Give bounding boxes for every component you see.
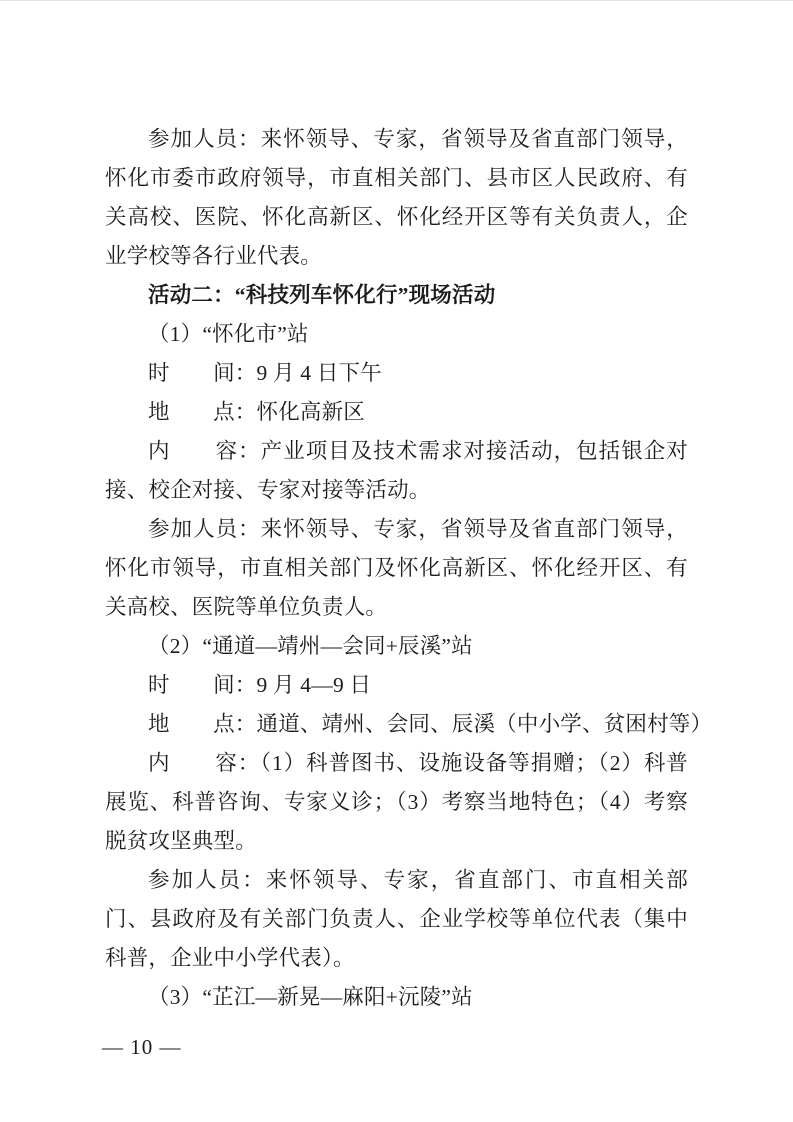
station-2-content: 内 容：（1）科普图书、设施设备等捐赠；（2）科普展览、科普咨询、专家义诊；（3…	[105, 744, 688, 861]
document-page: 参加人员：来怀领导、专家，省领导及省直部门领导，怀化市委市政府领导，市直相关部门…	[0, 0, 793, 1122]
document-body: 参加人员：来怀领导、专家，省领导及省直部门领导，怀化市委市政府领导，市直相关部门…	[105, 120, 688, 1017]
station-1-participants: 参加人员：来怀领导、专家，省领导及省直部门领导，怀化市领导，市直相关部门及怀化高…	[105, 510, 688, 627]
page-number: — 10 —	[102, 1033, 182, 1061]
station-3-title: （3）“芷江—新晃—麻阳+沅陵”站	[105, 978, 688, 1017]
station-1-title: （1）“怀化市”站	[105, 315, 688, 354]
station-1-time: 时 间：9 月 4 日下午	[105, 354, 688, 393]
station-2-time: 时 间：9 月 4—9 日	[105, 666, 688, 705]
para-activity1-participants: 参加人员：来怀领导、专家，省领导及省直部门领导，怀化市委市政府领导，市直相关部门…	[105, 120, 688, 276]
station-2-location: 地 点：通道、靖州、会同、辰溪（中小学、贫困村等）	[105, 705, 688, 744]
station-1-content: 内 容：产业项目及技术需求对接活动，包括银企对接、校企对接、专家对接等活动。	[105, 432, 688, 510]
station-2-title: （2）“通道—靖州—会同+辰溪”站	[105, 627, 688, 666]
heading-activity-2: 活动二：“科技列车怀化行”现场活动	[105, 276, 688, 315]
station-1-location: 地 点：怀化高新区	[105, 393, 688, 432]
station-2-participants: 参加人员：来怀领导、专家，省直部门、市直相关部门、县政府及有关部门负责人、企业学…	[105, 861, 688, 978]
